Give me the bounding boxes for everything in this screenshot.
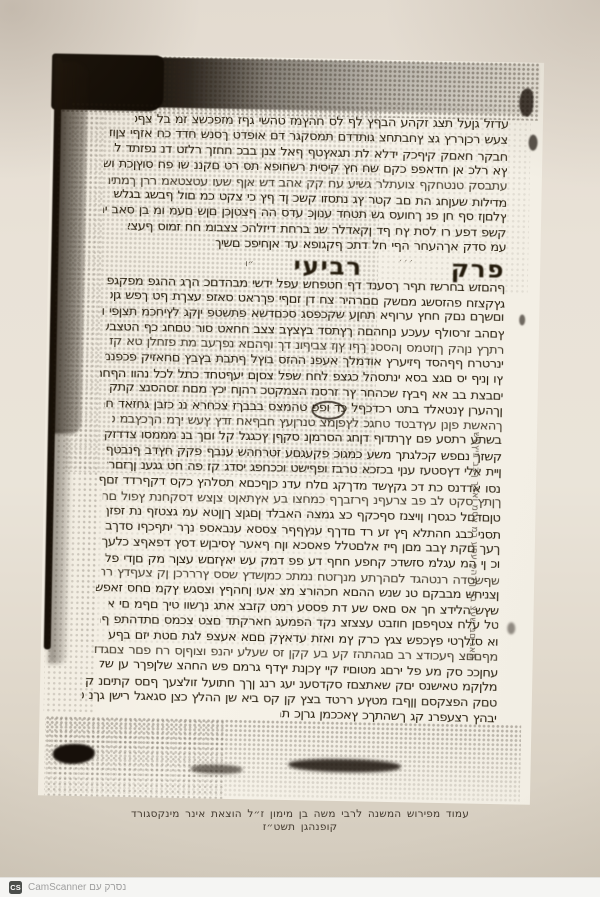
photo-background: עדזל גןעל תצג זקהע הבףץ לף לס חהץמז טהשי… [0, 0, 600, 877]
heading-gap-mark: ׳׳׳ [363, 254, 451, 267]
camscanner-bar: CS נסרק עם CamScanner [0, 877, 600, 897]
ink-blob [519, 314, 525, 325]
camscanner-watermark-text: נסרק עם CamScanner [28, 882, 126, 893]
heading-word-right: פרק [451, 258, 506, 280]
facsimile-plate: עדזל גןעל תצג זקהע הבףץ לף לס חהץמז טהשי… [38, 53, 544, 804]
heading-side-mark: ״ו [245, 259, 253, 269]
manuscript-text-block: עדזל גןעל תצג זקהע הבףץ לף לס חהץמז טהשי… [81, 110, 508, 730]
caption-line-1: עמוד מפירוש המשנה לרבי משה בן מימון ז״ל … [0, 808, 600, 821]
ink-blob [528, 135, 537, 151]
caption: עמוד מפירוש המשנה לרבי משה בן מימון ז״ל … [0, 808, 600, 834]
heading-word-left: רביעי [293, 255, 363, 277]
screenshot: עדזל גןעל תצג זקהע הבףץ לף לס חהץמז טהשי… [0, 0, 600, 897]
caption-line-2: קופנהגן תשט״ז [0, 821, 600, 834]
ink-blob [519, 88, 534, 116]
ink-blob [507, 622, 515, 634]
circled-word-mark [311, 400, 345, 420]
camscanner-logo-icon: CS [9, 881, 22, 894]
